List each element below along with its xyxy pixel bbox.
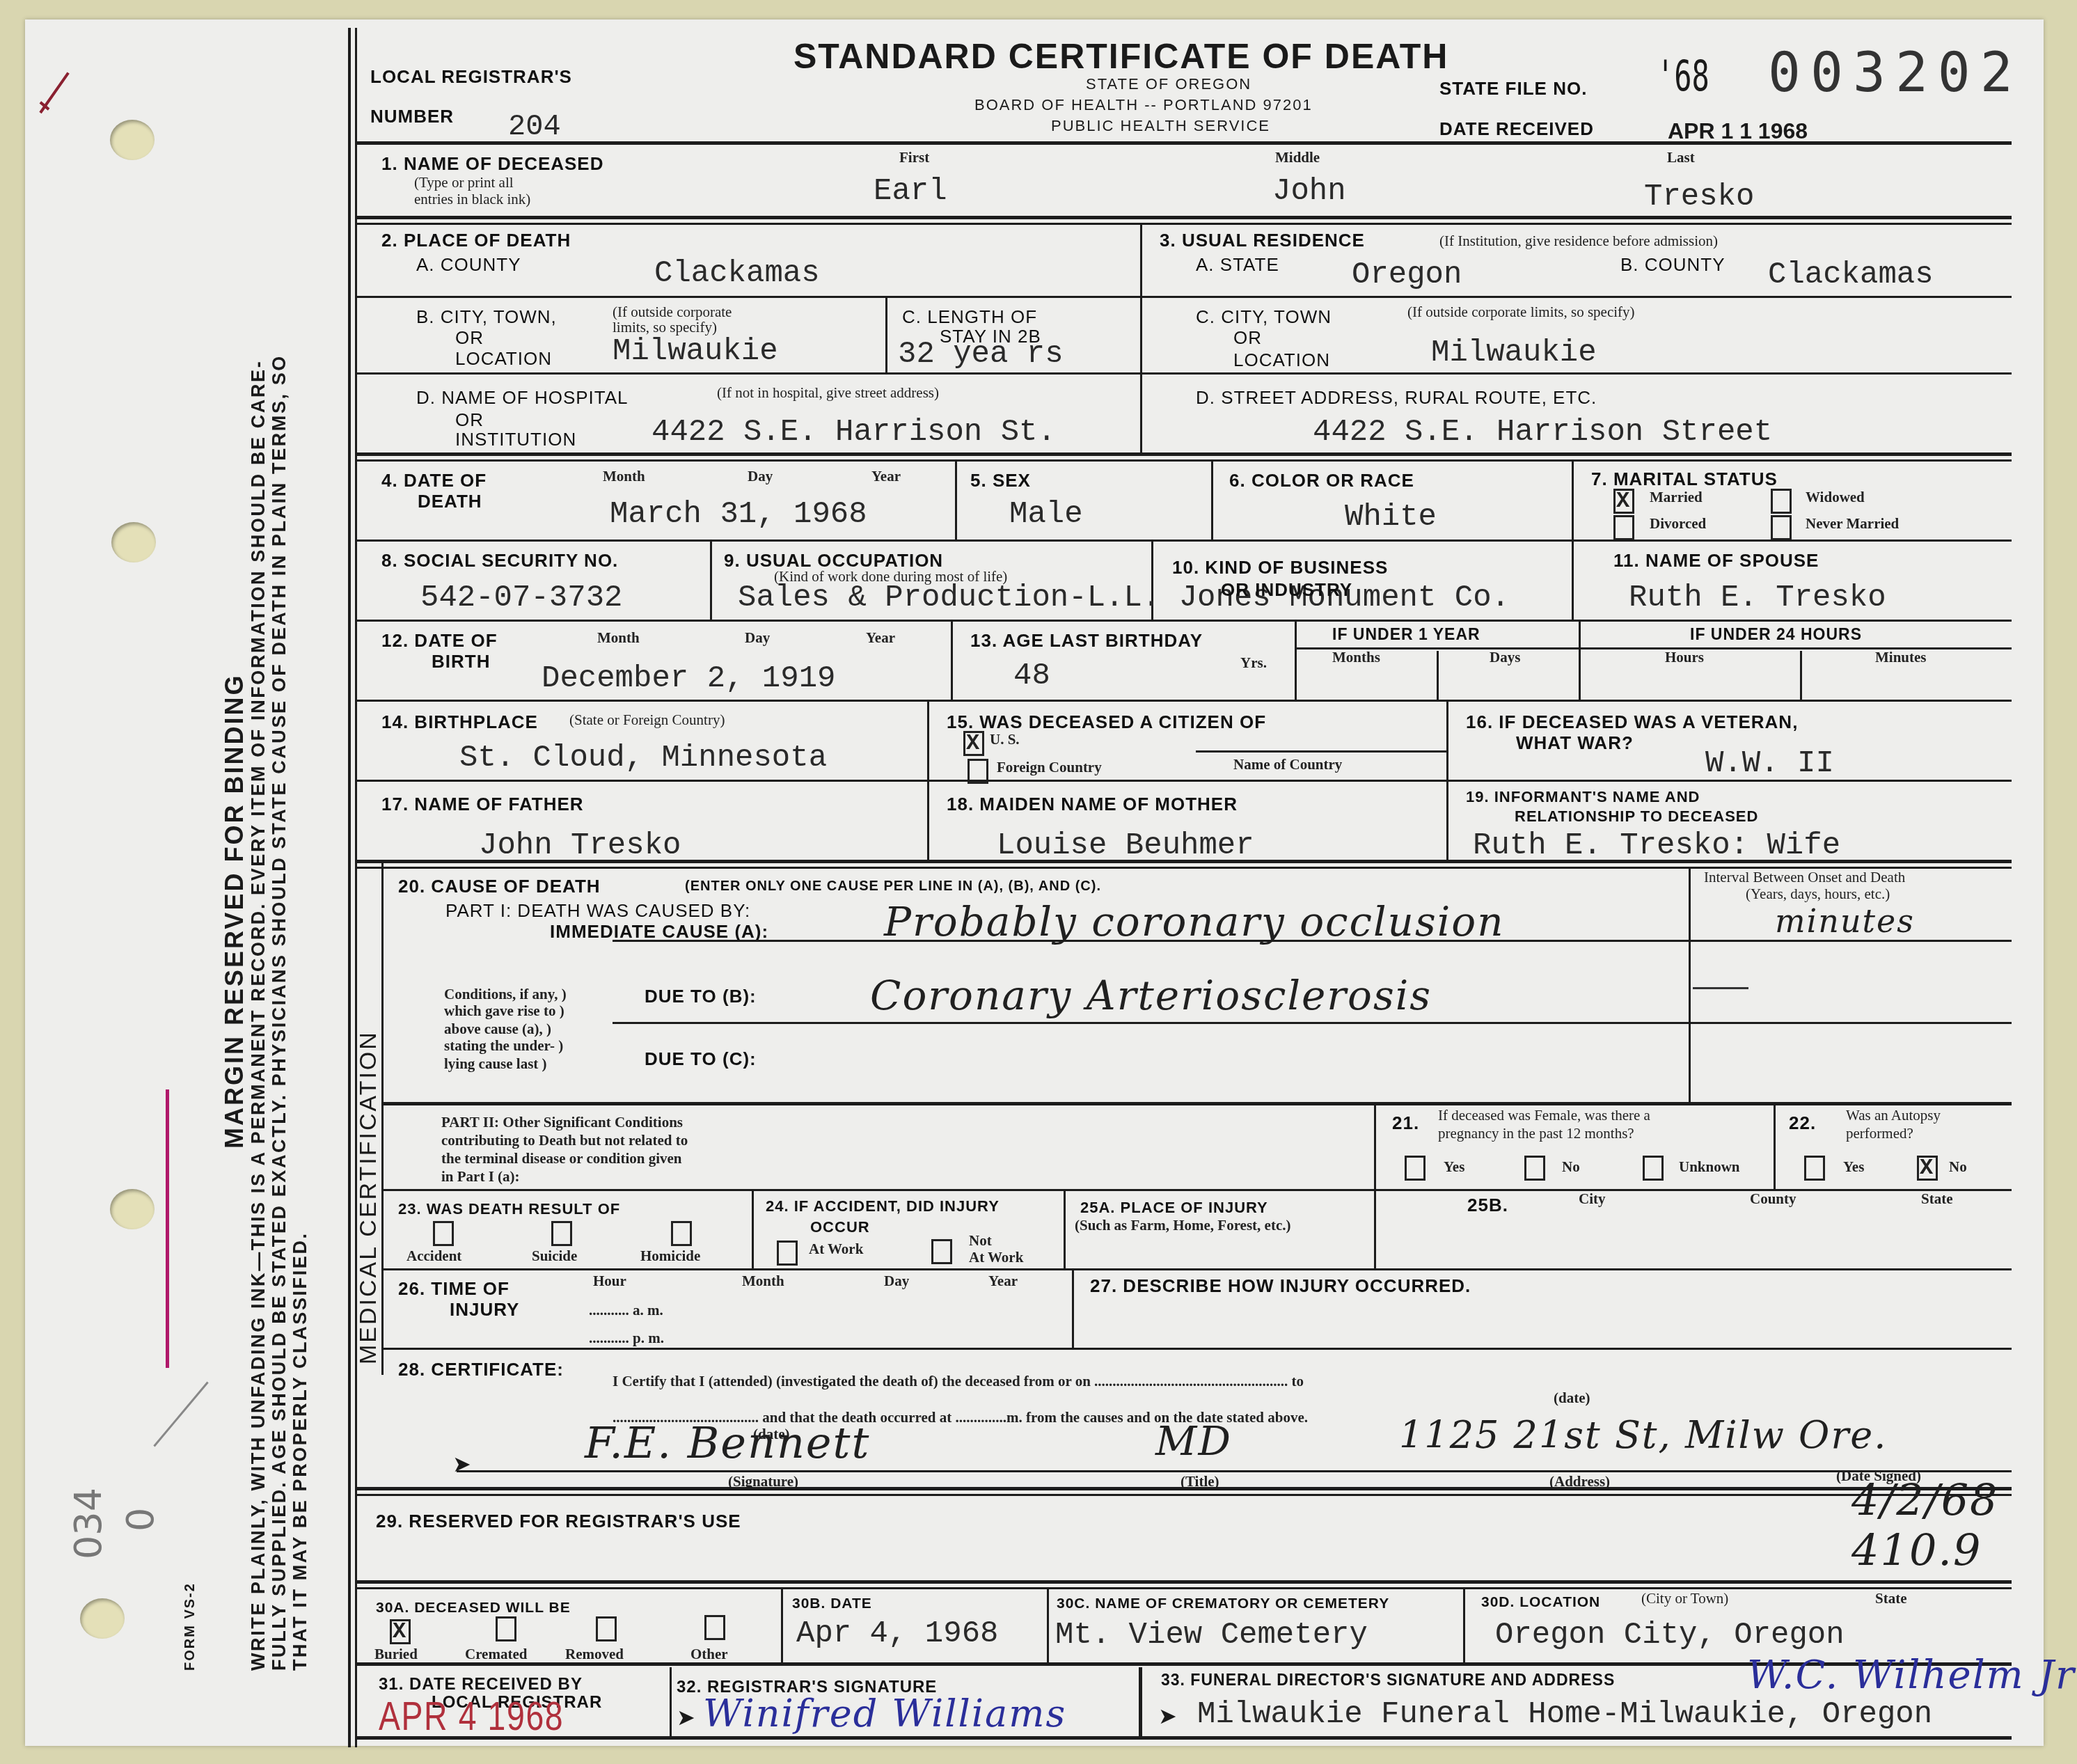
pregnancy-unknown-label: Unknown [1679, 1158, 1740, 1176]
injury-state-label: State [1921, 1190, 1953, 1208]
occupation-value: Sales & Production-L.L. Jones Monument C… [738, 581, 1510, 615]
hospital-note: (If not in hospital, give street address… [717, 384, 939, 402]
item24-label-2: OCCUR [810, 1218, 870, 1236]
immediate-cause-value: Probably coronary occlusion [884, 898, 1505, 945]
margin-instruction-2: FULLY SUPPLIED. AGE SHOULD BE STATED EXA… [269, 354, 290, 1671]
rule-14 [355, 780, 2012, 782]
item20-note: (ENTER ONLY ONE CAUSE PER LINE IN (A), (… [685, 879, 1101, 895]
rule-20 [381, 1102, 2012, 1105]
city-of-death-label-2: OR [455, 327, 484, 349]
item27-label: 27. DESCRIBE HOW INJURY OCCURRED. [1090, 1275, 1471, 1297]
margin-binding-title: MARGIN RESERVED FOR BINDING [220, 674, 249, 1149]
item1-note-1: (Type or print all [414, 174, 514, 191]
days-label: Days [1490, 649, 1520, 666]
item16-label-1: 16. IF DECEASED WAS A VETERAN, [1466, 711, 1798, 733]
item30d-note: (City or Town) [1641, 1590, 1728, 1607]
item11-label: 11. NAME OF SPOUSE [1613, 550, 1819, 572]
item29-label: 29. RESERVED FOR REGISTRAR'S USE [376, 1511, 741, 1532]
item4-day-label: Day [748, 468, 773, 485]
marital-divorced-checkbox[interactable] [1613, 515, 1634, 540]
pregnancy-no-label: No [1562, 1158, 1580, 1176]
item26-label-2: INJURY [450, 1299, 519, 1321]
item22-number: 22. [1789, 1112, 1816, 1134]
injury-at-work-checkbox[interactable] [777, 1241, 798, 1266]
item25b-label: 25B. [1467, 1195, 1508, 1216]
divider-21-22 [1774, 1103, 1776, 1190]
handwritten-code-2: 0 [118, 1508, 162, 1531]
date-signed-value: 4/2/68 [1851, 1474, 1999, 1525]
pregnancy-yes-checkbox[interactable] [1405, 1156, 1426, 1181]
item4-label-1: 4. DATE OF [381, 470, 487, 491]
injury-at-work-label: At Work [809, 1241, 863, 1258]
divider-25a-25b [1374, 1190, 1376, 1270]
country-name-label: Name of Country [1233, 756, 1342, 773]
item24-label-1: 24. IF ACCIDENT, DID INJURY [766, 1197, 1000, 1215]
signature-arrow-icon: ➤ [452, 1451, 471, 1477]
rule-section-2 [355, 860, 2012, 863]
number-label: NUMBER [370, 106, 454, 127]
sex-value: Male [1009, 497, 1083, 532]
certify-line-1: I Certify that I (attended) (investigate… [613, 1373, 1304, 1390]
hospital-label-3: INSTITUTION [455, 429, 576, 450]
race-value: White [1345, 500, 1437, 535]
item19-label-2: RELATIONSHIP TO DECEASED [1515, 808, 1758, 826]
item13-yrs-label: Yrs. [1240, 654, 1267, 672]
result-homicide-label: Homicide [640, 1247, 700, 1265]
rule-section-3-b [355, 1494, 2012, 1496]
last-name-value: Tresko [1644, 180, 1754, 214]
divider-8-9 [710, 540, 712, 620]
item16-label-2: WHAT WAR? [1516, 732, 1634, 754]
item18-label: 18. MAIDEN NAME OF MOTHER [947, 794, 1238, 815]
divider-30a-30b [781, 1589, 783, 1664]
autopsy-yes-checkbox[interactable] [1804, 1156, 1825, 1181]
divider-part2-21 [1374, 1103, 1376, 1190]
injury-not-at-work-label-1: Not [969, 1232, 992, 1250]
marital-never-married-checkbox[interactable] [1771, 515, 1792, 540]
residence-county-label: B. COUNTY [1620, 254, 1725, 276]
conditions-note-4: stating the under- ) [444, 1037, 563, 1055]
signature-arrow-icon-2: ➤ [677, 1704, 695, 1731]
result-homicide-checkbox[interactable] [671, 1221, 692, 1246]
residence-city-value: Milwaukie [1431, 336, 1597, 370]
residence-city-note: (If outside corporate limits, so specify… [1407, 304, 1635, 321]
margin-instruction-1: WRITE PLAINLY, WITH UNFADING INK—THIS IS… [248, 360, 269, 1671]
first-name-value: Earl [874, 174, 947, 209]
disposition-other-label: Other [690, 1646, 728, 1663]
divider-12-13 [951, 620, 953, 700]
rule-section-3 [355, 1487, 2012, 1490]
header-subtitle-3: PUBLIC HEALTH SERVICE [1051, 117, 1270, 135]
hospital-label-1: D. NAME OF HOSPITAL [416, 387, 629, 409]
result-suicide-label: Suicide [532, 1247, 577, 1265]
item33-label: 33. FUNERAL DIRECTOR'S SIGNATURE AND ADD… [1161, 1671, 1615, 1690]
marital-never-married-label: Never Married [1806, 515, 1899, 533]
item14-label: 14. BIRTHPLACE [381, 711, 538, 733]
hospital-label-2: OR [455, 409, 484, 431]
local-registrar-label: LOCAL REGISTRAR'S [370, 66, 572, 88]
item10-label-2: OR INDUSTRY [1221, 579, 1352, 601]
binding-hole-4 [80, 1598, 125, 1639]
item26-label-1: 26. TIME OF [398, 1278, 510, 1300]
residence-state-label: A. STATE [1196, 254, 1279, 276]
disposition-removed-checkbox[interactable] [596, 1616, 617, 1641]
disposition-cremated-checkbox[interactable] [496, 1616, 516, 1641]
due-to-b-line [613, 1022, 2012, 1024]
birthplace-value: St. Cloud, Minnesota [459, 741, 827, 775]
form-id: FORM VS-2 [182, 1582, 198, 1671]
binding-hole-1 [110, 120, 155, 160]
county-of-death-value: Clackamas [654, 256, 820, 291]
item22-question-2: performed? [1846, 1125, 1913, 1142]
part1-label: PART I: DEATH WAS CAUSED BY: [445, 900, 750, 922]
due-to-b-value: Coronary Arteriosclerosis [870, 972, 1432, 1019]
rule-29-b [355, 1587, 2012, 1589]
disposition-date-value: Apr 4, 1968 [796, 1616, 998, 1651]
under-1-year-label: IF UNDER 1 YEAR [1332, 625, 1480, 644]
residence-county-value: Clackamas [1768, 258, 1934, 292]
city-of-death-label-1: B. CITY, TOWN, [416, 306, 557, 328]
pregnancy-yes-label: Yes [1444, 1158, 1464, 1176]
hospital-value: 4422 S.E. Harrison St. [651, 415, 1056, 450]
under-24-hours-rule [1579, 647, 2012, 649]
disposition-buried-checkbox[interactable] [390, 1619, 411, 1644]
item7-label: 7. MARITAL STATUS [1591, 468, 1778, 490]
injury-city-label: City [1579, 1190, 1606, 1208]
interval-label-1: Interval Between Onset and Death [1704, 869, 1905, 886]
item30a-label: 30A. DECEASED WILL BE [376, 1600, 571, 1616]
mother-maiden-name-value: Louise Beuhmer [997, 828, 1254, 863]
item6-label: 6. COLOR OR RACE [1229, 470, 1414, 491]
injury-not-at-work-checkbox[interactable] [931, 1239, 952, 1264]
registrar-signature: Winifred Williams [703, 1692, 1066, 1735]
disposition-buried-label: Buried [374, 1646, 418, 1663]
informant-value: Ruth E. Tresko: Wife [1473, 828, 1840, 863]
divider-26-27 [1072, 1270, 1074, 1348]
physician-signature: F.E. Bennett [585, 1417, 870, 1468]
divider-6-7 [1572, 459, 1574, 540]
state-file-number: 003202 [1768, 42, 2023, 104]
ssn-value: 542-07-3732 [420, 581, 622, 615]
rule-2a [355, 296, 2012, 298]
header-subtitle-2: BOARD OF HEALTH -- PORTLAND 97201 [974, 96, 1313, 114]
residence-city-label-1: C. CITY, TOWN [1196, 306, 1332, 328]
item8-label: 8. SOCIAL SECURITY NO. [381, 550, 618, 572]
item12-day-label: Day [745, 629, 770, 647]
interval-b-value [1693, 987, 1748, 989]
interval-a-value: minutes [1775, 902, 1915, 940]
margin-instruction-3: THAT IT MAY BE PROPERLY CLASSIFIED. [290, 1231, 311, 1671]
item19-label-1: 19. INFORMANT'S NAME AND [1466, 788, 1700, 806]
last-name-label: Last [1667, 149, 1695, 166]
item26-am: ........... a. m. [589, 1302, 663, 1319]
item17-label: 17. NAME OF FATHER [381, 794, 584, 815]
item21-number: 21. [1392, 1112, 1419, 1134]
rule-after-item1 [355, 216, 2012, 219]
item12-year-label: Year [866, 629, 895, 647]
item26-hour-label: Hour [593, 1273, 626, 1290]
rule-12 [355, 700, 2012, 702]
disposition-other-checkbox[interactable] [704, 1615, 725, 1640]
item4-month-label: Month [603, 468, 645, 485]
middle-name-value: John [1272, 174, 1346, 209]
rule-29 [355, 1580, 2012, 1584]
rule-section-1-b [355, 459, 2012, 462]
item12-label-2: BIRTH [432, 651, 490, 672]
marital-divorced-label: Divorced [1650, 515, 1706, 533]
item20-label: 20. CAUSE OF DEATH [398, 876, 601, 897]
divider-5-6 [1211, 459, 1213, 540]
item10-label-1: 10. KIND OF BUSINESS [1172, 557, 1388, 578]
burial-location-value: Oregon City, Oregon [1495, 1618, 1845, 1653]
divider-30c-30d [1463, 1589, 1465, 1664]
header-rule [355, 141, 2012, 145]
magenta-margin-line [166, 1089, 169, 1368]
item4-year-label: Year [871, 468, 901, 485]
signature-arrow-icon-3: ➤ [1158, 1703, 1177, 1729]
length-of-stay-value: 32 yea rs [898, 337, 1064, 372]
residence-city-label-3: LOCATION [1233, 349, 1330, 371]
conditions-note-1: Conditions, if any, ) [444, 986, 567, 1003]
item2-label: 2. PLACE OF DEATH [381, 230, 571, 251]
divider-2b-2c [885, 296, 887, 372]
signature-line [457, 1470, 2012, 1472]
marital-married-label: Married [1650, 489, 1703, 506]
divider-10-11 [1572, 540, 1574, 620]
due-to-b-label: DUE TO (B): [645, 986, 757, 1007]
part2-note-1: PART II: Other Significant Conditions [441, 1114, 683, 1131]
item15-label: 15. WAS DECEASED A CITIZEN OF [947, 711, 1266, 733]
age-value: 48 [1013, 659, 1050, 693]
city-of-death-value: Milwaukie [613, 334, 778, 369]
conditions-note-5: lying cause last ) [444, 1055, 547, 1073]
date-received-stamp: APR 1 1 1968 [1668, 118, 1808, 144]
pregnancy-unknown-checkbox[interactable] [1643, 1156, 1664, 1181]
header-subtitle-1: STATE OF OREGON [1086, 75, 1251, 93]
immediate-cause-line [613, 940, 2012, 942]
pregnancy-no-checkbox[interactable] [1524, 1156, 1545, 1181]
date-of-birth-value: December 2, 1919 [542, 661, 835, 696]
veteran-war-value: W.W. II [1705, 746, 1834, 781]
length-of-stay-label-1: C. LENGTH OF [902, 306, 1037, 328]
middle-name-label: Middle [1275, 149, 1320, 166]
item25a-label: 25A. PLACE OF INJURY [1080, 1199, 1268, 1217]
item3-note: (If Institution, give residence before a… [1439, 233, 1718, 250]
item30b-label: 30B. DATE [792, 1596, 872, 1612]
registrar-number: 204 [508, 110, 561, 143]
street-address-value: 4422 S.E. Harrison Street [1313, 415, 1772, 450]
item4-label-2: DEATH [418, 491, 482, 512]
rule-2b [355, 372, 2012, 375]
injury-county-label: County [1750, 1190, 1796, 1208]
residence-state-value: Oregon [1352, 258, 1462, 292]
item21-question-1: If deceased was Female, was there a [1438, 1107, 1650, 1124]
item21-question-2: pregnancy in the past 12 months? [1438, 1125, 1634, 1142]
spouse-value: Ruth E. Tresko [1629, 581, 1886, 615]
item25a-note: (Such as Farm, Home, Forest, etc.) [1075, 1217, 1290, 1234]
disposition-cremated-label: Cremated [465, 1646, 527, 1663]
result-accident-checkbox[interactable] [433, 1221, 454, 1246]
divider-30b-30c [1047, 1589, 1049, 1664]
hours-label: Hours [1665, 649, 1704, 666]
item31-label-1: 31. DATE RECEIVED BY [379, 1675, 583, 1694]
rule-4 [355, 540, 2012, 542]
result-accident-label: Accident [406, 1247, 461, 1265]
marital-married-checkbox[interactable] [1613, 489, 1634, 514]
divider-32-33 [1139, 1667, 1142, 1737]
registrar-annotation: 410.9 [1851, 1525, 1982, 1575]
rule-bottom [355, 1736, 2012, 1740]
cemetery-value: Mt. View Cemetery [1055, 1618, 1368, 1653]
residence-city-label-2: OR [1233, 327, 1262, 349]
handwritten-code: 034 [66, 1488, 110, 1559]
due-to-c-label: DUE TO (C): [645, 1048, 757, 1070]
medical-certification-label: MEDICAL CERTIFICATION [355, 1030, 382, 1364]
part2-note-4: in Part I (a): [441, 1168, 520, 1186]
rule-26 [381, 1348, 2012, 1350]
item13-label: 13. AGE LAST BIRTHDAY [970, 630, 1203, 652]
result-suicide-checkbox[interactable] [551, 1221, 572, 1246]
item5-label: 5. SEX [970, 470, 1031, 491]
item30d-label: 30D. LOCATION [1481, 1594, 1600, 1611]
autopsy-no-checkbox[interactable] [1917, 1156, 1938, 1181]
divider-hours-minutes [1800, 651, 1802, 700]
divider-31-32 [670, 1667, 672, 1737]
date-of-death-value: March 31, 1968 [610, 497, 867, 532]
physician-title: MD [1155, 1417, 1232, 1465]
county-of-death-label: A. COUNTY [416, 254, 521, 276]
injury-not-at-work-label-2: At Work [969, 1249, 1023, 1266]
minutes-label: Minutes [1875, 649, 1927, 666]
state-file-label: STATE FILE NO. [1439, 78, 1587, 100]
item26-month-label: Month [742, 1273, 784, 1290]
date-received-label: DATE RECEIVED [1439, 118, 1594, 140]
rule-after-item1-b [355, 223, 2012, 225]
item28-label: 28. CERTIFICATE: [398, 1359, 564, 1380]
marital-widowed-label: Widowed [1806, 489, 1865, 506]
divider-23-24 [752, 1190, 754, 1270]
citizen-us-label: U. S. [990, 731, 1020, 748]
item22-question-1: Was an Autopsy [1846, 1107, 1941, 1124]
certificate-title: STANDARD CERTIFICATE OF DEATH [793, 36, 1448, 77]
conditions-note-2: which gave rise to ) [444, 1002, 564, 1020]
conditions-note-3: above cause (a), ) [444, 1021, 551, 1038]
interval-column-divider [1689, 867, 1691, 1103]
item12-month-label: Month [597, 629, 640, 647]
country-name-line [1196, 750, 1446, 753]
part2-note-2: contributing to Death but not related to [441, 1132, 688, 1149]
autopsy-yes-label: Yes [1843, 1158, 1864, 1176]
funeral-director-signature: W.C. Wilhelm Jr [1747, 1653, 2076, 1698]
state-file-year: '68 [1657, 52, 1709, 101]
father-name-value: John Tresko [479, 828, 681, 863]
rule-section-1 [355, 452, 2012, 456]
certify-date-label: (date) [1554, 1389, 1590, 1407]
item14-note: (State or Foreign Country) [569, 711, 725, 729]
rule-23 [381, 1268, 2012, 1270]
item1-note-2: entries in black ink) [414, 191, 530, 208]
binding-hole-3 [110, 1189, 155, 1229]
item26-pm: ........... p. m. [589, 1330, 664, 1347]
item30c-label: 30C. NAME OF CREMATORY OR CEMETERY [1057, 1596, 1389, 1612]
item30d-state-label: State [1875, 1590, 1907, 1607]
divider-24-25a [1064, 1190, 1066, 1270]
citizen-us-checkbox[interactable] [963, 731, 984, 756]
physician-address: 1125 21st St, Milw Ore. [1399, 1413, 1887, 1457]
divider-months-days [1437, 651, 1439, 700]
interval-label-2: (Years, days, hours, etc.) [1746, 885, 1890, 903]
citizen-foreign-label: Foreign Country [997, 759, 1102, 776]
item26-day-label: Day [884, 1273, 909, 1290]
rule-8 [355, 620, 2012, 622]
divider-2-3 [1140, 223, 1142, 456]
local-registrar-date-stamp: APR 4 1968 [379, 1693, 564, 1740]
funeral-home-value: Milwaukie Funeral Home-Milwaukie, Oregon [1197, 1697, 1932, 1732]
street-address-label: D. STREET ADDRESS, RURAL ROUTE, ETC. [1196, 387, 1597, 409]
divider-13-under1 [1295, 620, 1297, 700]
autopsy-no-label: No [1949, 1158, 1967, 1176]
item12-label-1: 12. DATE OF [381, 630, 498, 652]
part2-note-3: the terminal disease or condition given [441, 1150, 682, 1167]
disposition-removed-label: Removed [565, 1646, 624, 1663]
item26-year-label: Year [988, 1273, 1018, 1290]
months-label: Months [1332, 649, 1380, 666]
divider-under1-under24 [1579, 620, 1581, 700]
item1-label: 1. NAME OF DECEASED [381, 153, 604, 175]
under-24-hours-label: IF UNDER 24 HOURS [1690, 625, 1862, 644]
form-left-border [348, 28, 351, 1747]
city-of-death-label-3: LOCATION [455, 348, 552, 370]
item3-label: 3. USUAL RESIDENCE [1160, 230, 1365, 251]
divider-4-5 [955, 459, 957, 540]
first-name-label: First [899, 149, 929, 166]
marital-widowed-checkbox[interactable] [1771, 489, 1792, 514]
item23-label: 23. WAS DEATH RESULT OF [398, 1200, 620, 1218]
binding-hole-2 [111, 522, 156, 562]
